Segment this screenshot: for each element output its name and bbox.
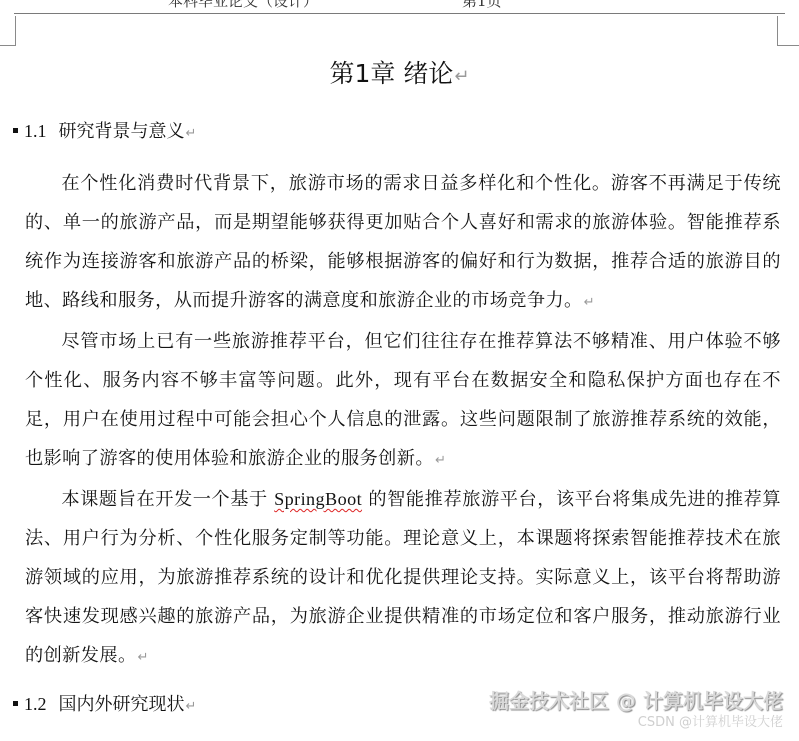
paragraph-mark-icon: ↵ [186, 126, 197, 141]
paragraph-mark-icon: ↵ [435, 453, 446, 468]
section-number: 1.1 [24, 121, 47, 141]
header-rule [14, 13, 785, 14]
paragraph-3-text-after: 的智能推荐旅游平台，该平台将集成先进的推荐算法、用户行为分析、个性化服务定制等功… [25, 489, 781, 666]
paragraph-1[interactable]: 在个性化消费时代背景下，旅游市场的需求日益多样化和个性化。游客不再满足于传统的、… [25, 164, 781, 322]
heading-bullet-icon [13, 701, 18, 706]
paragraph-3[interactable]: 本课题旨在开发一个基于 SpringBoot 的智能推荐旅游平台，该平台将集成先… [25, 480, 781, 677]
section-title: 研究背景与意义 [59, 121, 185, 142]
paragraph-mark-icon: ↵ [584, 295, 595, 310]
paragraph-mark-icon: ↵ [138, 650, 149, 665]
chapter-title-text: 第1章 绪论 [330, 59, 454, 88]
paragraph-2[interactable]: 尽管市场上已有一些旅游推荐平台，但它们往往存在推荐算法不够精准、用户体验不够个性… [25, 322, 781, 480]
margin-corner-top-right [777, 16, 799, 46]
heading-bullet-icon [13, 128, 18, 133]
header-right-text: 第1页 [462, 0, 502, 11]
paragraph-mark-icon: ↵ [186, 699, 197, 714]
section-heading-1-2[interactable]: 1.2国内外研究现状↵ [13, 691, 196, 720]
page-header: 本科毕业论文（设计） 第1页 [0, 0, 799, 14]
section-number: 1.2 [24, 694, 47, 714]
paragraph-2-text: 尽管市场上已有一些旅游推荐平台，但它们往往存在推荐算法不够精准、用户体验不够个性… [25, 331, 781, 469]
paragraph-1-text: 在个性化消费时代背景下，旅游市场的需求日益多样化和个性化。游客不再满足于传统的、… [25, 173, 781, 311]
margin-corner-top-left [0, 16, 16, 46]
watermark-sub: CSDN @计算机毕设大佬 [489, 714, 783, 732]
spellcheck-flagged-word[interactable]: SpringBoot [274, 489, 362, 509]
chapter-title[interactable]: 第1章 绪论↵ [0, 58, 799, 93]
watermark-main: 掘金技术社区 @ 计算机毕设大佬 [489, 688, 783, 714]
header-left-text: 本科毕业论文（设计） [168, 0, 318, 11]
body-text[interactable]: 在个性化消费时代背景下，旅游市场的需求日益多样化和个性化。游客不再满足于传统的、… [25, 164, 781, 677]
section-title: 国内外研究现状 [59, 694, 185, 715]
section-heading-1-1[interactable]: 1.1研究背景与意义↵ [13, 118, 196, 147]
paragraph-3-text-before: 本课题旨在开发一个基于 [61, 489, 274, 510]
watermark: 掘金技术社区 @ 计算机毕设大佬 CSDN @计算机毕设大佬 [489, 688, 783, 732]
paragraph-mark-icon: ↵ [454, 66, 469, 87]
